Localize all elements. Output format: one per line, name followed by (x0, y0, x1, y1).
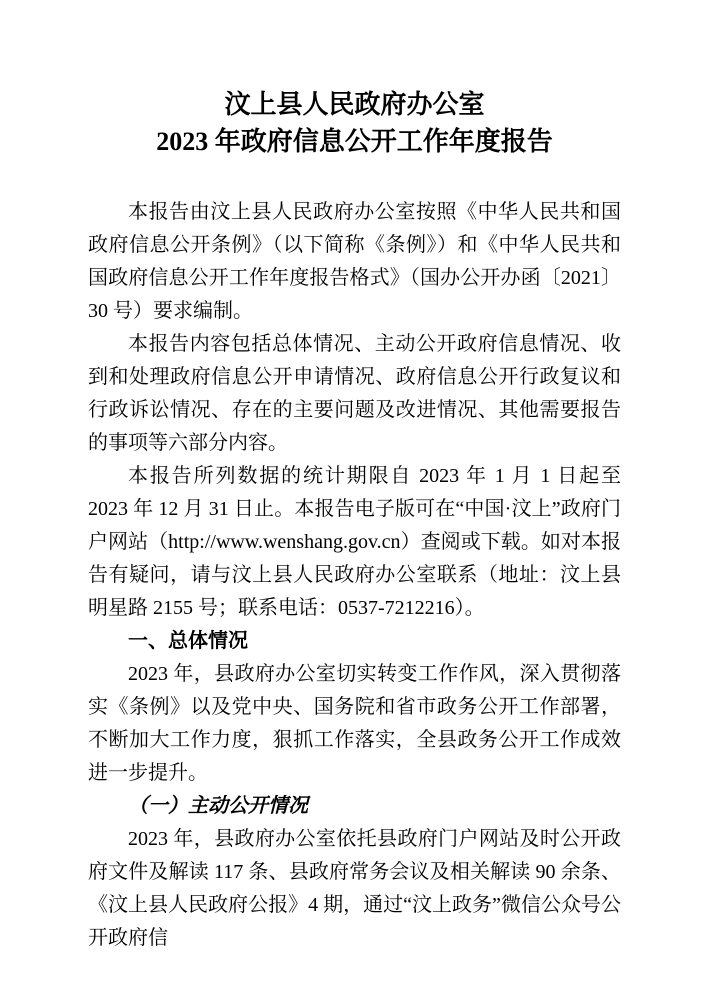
paragraph-proactive-disclosure: 2023 年，县政府办公室依托县政府门户网站及时公开政府文件及解读 117 条、… (88, 823, 621, 955)
paragraph-report-contents: 本报告内容包括总体情况、主动公开政府信息情况、收到和处理政府信息公开申请情况、政… (88, 328, 621, 460)
paragraph-compilation-basis: 本报告由汶上县人民政府办公室按照《中华人民共和国政府信息公开条例》（以下简称《条… (88, 196, 621, 328)
paragraph-statistical-period: 本报告所列数据的统计期限自 2023 年 1 月 1 日起至 2023 年 12… (88, 460, 621, 625)
document-title: 汶上县人民政府办公室 2023 年政府信息公开工作年度报告 (88, 86, 621, 160)
title-line-2: 2023 年政府信息公开工作年度报告 (88, 123, 621, 160)
paragraph-overall-situation: 2023 年，县政府办公室切实转变工作作风，深入贯彻落实《条例》以及党中央、国务… (88, 658, 621, 790)
section-heading-overall-situation: 一、总体情况 (88, 625, 621, 658)
title-line-1: 汶上县人民政府办公室 (88, 86, 621, 123)
page-content: 汶上县人民政府办公室 2023 年政府信息公开工作年度报告 本报告由汶上县人民政… (0, 86, 707, 955)
subsection-heading-proactive-disclosure: （一）主动公开情况 (88, 790, 621, 823)
document-body: 本报告由汶上县人民政府办公室按照《中华人民共和国政府信息公开条例》（以下简称《条… (88, 196, 621, 955)
document-page: 汶上县人民政府办公室 2023 年政府信息公开工作年度报告 本报告由汶上县人民政… (0, 0, 707, 999)
